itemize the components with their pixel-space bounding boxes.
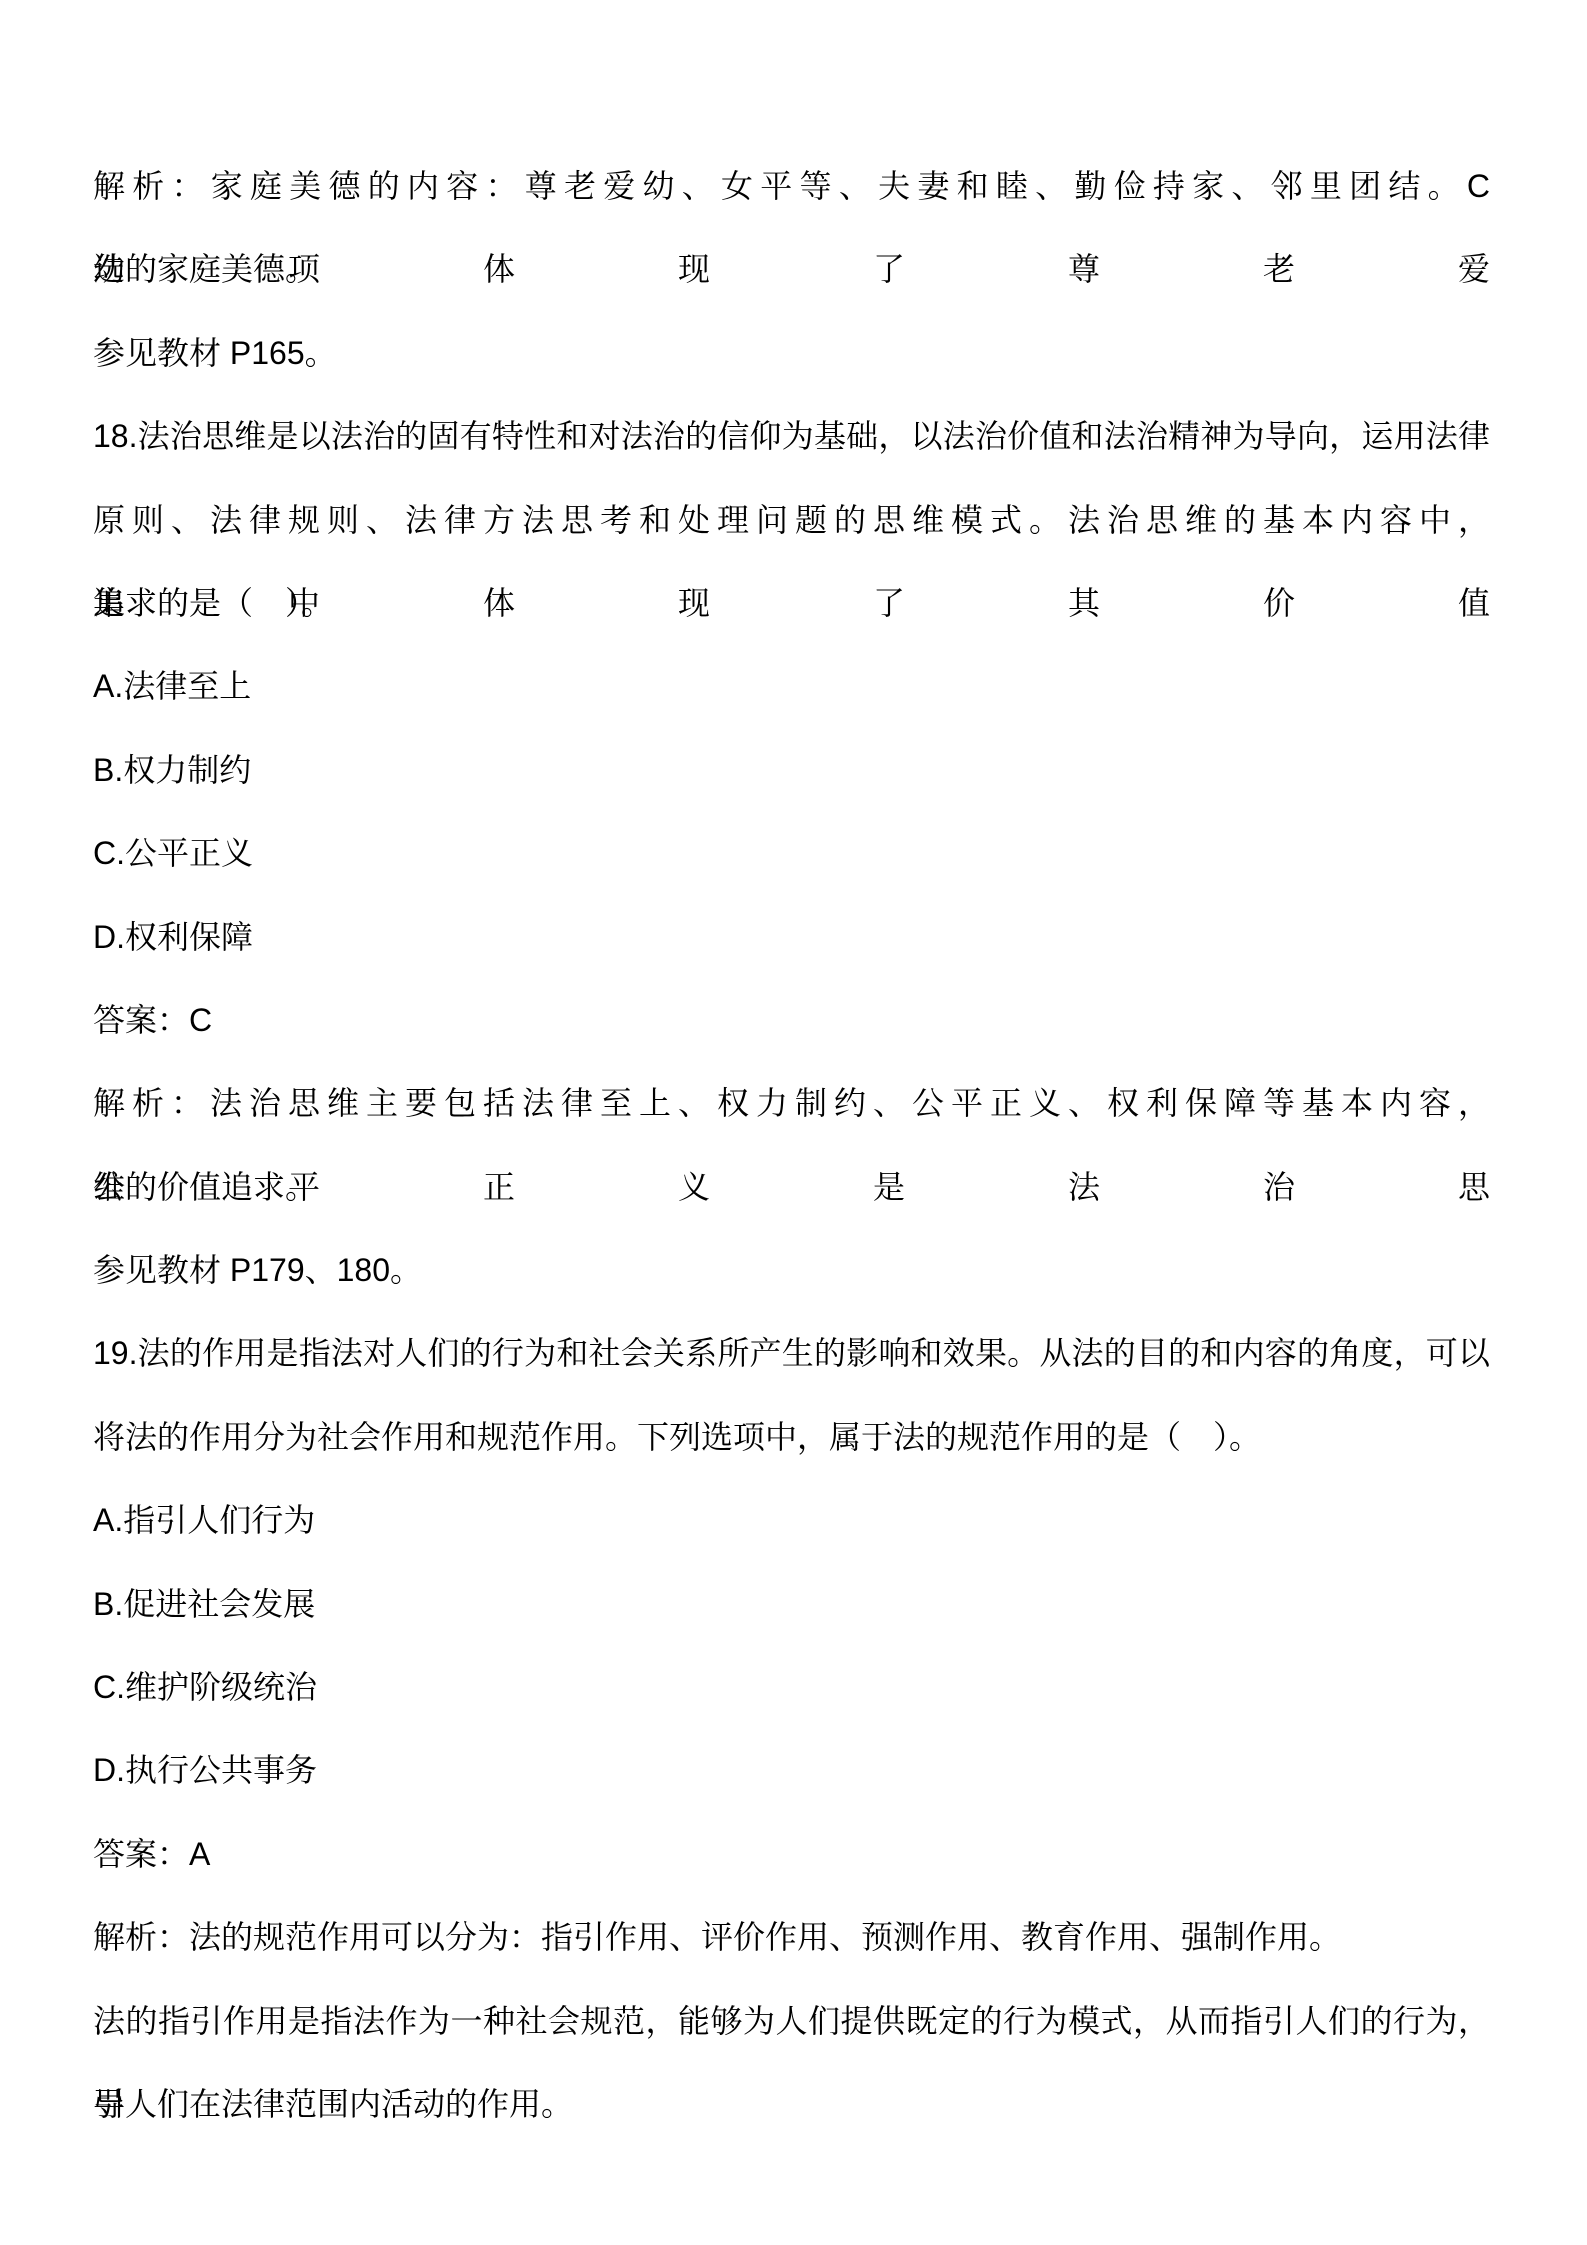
q19-analysis-line-1: 解析：法的规范作用可以分为：指引作用、评价作用、预测作用、教育作用、强制作用。 [93,1896,1490,1979]
q17-analysis-line-1: 解析：家庭美德的内容：尊老爱幼、女平等、夫妻和睦、勤俭持家、邻里团结。C 选项体… [93,145,1490,228]
q19-stem-line-1: 19.法的作用是指法对人们的行为和社会关系所产生的影响和效果。从法的目的和内容的… [93,1312,1490,1395]
q18-stem-line-2: 原则、法律规则、法律方法思考和处理问题的思维模式。法治思维的基本内容中，集中体现… [93,479,1490,562]
q18-option-d: D.权利保障 [93,896,1490,979]
q19-option-c: C.维护阶级统治 [93,1646,1490,1729]
q18-stem-line-1: 18.法治思维是以法治的固有特性和对法治的信仰为基础，以法治价值和法治精神为导向… [93,395,1490,478]
q19-option-a: A.指引人们行为 [93,1479,1490,1562]
q19-stem-line-2: 将法的作用分为社会作用和规范作用。下列选项中，属于法的规范作用的是（ ）。 [93,1396,1490,1479]
q19-option-d: D.执行公共事务 [93,1729,1490,1812]
q18-analysis-line-1: 解析：法治思维主要包括法律至上、权力制约、公平正义、权利保障等基本内容，公平正义… [93,1062,1490,1145]
document-page: 解析：家庭美德的内容：尊老爱幼、女平等、夫妻和睦、勤俭持家、邻里团结。C 选项体… [0,0,1587,2245]
q17-reference: 参见教材 P165。 [93,312,1490,395]
q19-option-b: B.促进社会发展 [93,1563,1490,1646]
q18-answer: 答案：C [93,979,1490,1062]
q18-reference: 参见教材 P179、180。 [93,1229,1490,1312]
q19-analysis-line-3: 导人们在法律范围内活动的作用。 [93,2063,1490,2146]
q19-answer: 答案：A [93,1813,1490,1896]
q18-option-b: B.权力制约 [93,729,1490,812]
q18-option-c: C.公平正义 [93,812,1490,895]
document-content: 解析：家庭美德的内容：尊老爱幼、女平等、夫妻和睦、勤俭持家、邻里团结。C 选项体… [93,145,1490,2146]
q18-option-a: A.法律至上 [93,645,1490,728]
q19-analysis-line-2: 法的指引作用是指法作为一种社会规范，能够为人们提供既定的行为模式，从而指引人们的… [93,1980,1490,2063]
